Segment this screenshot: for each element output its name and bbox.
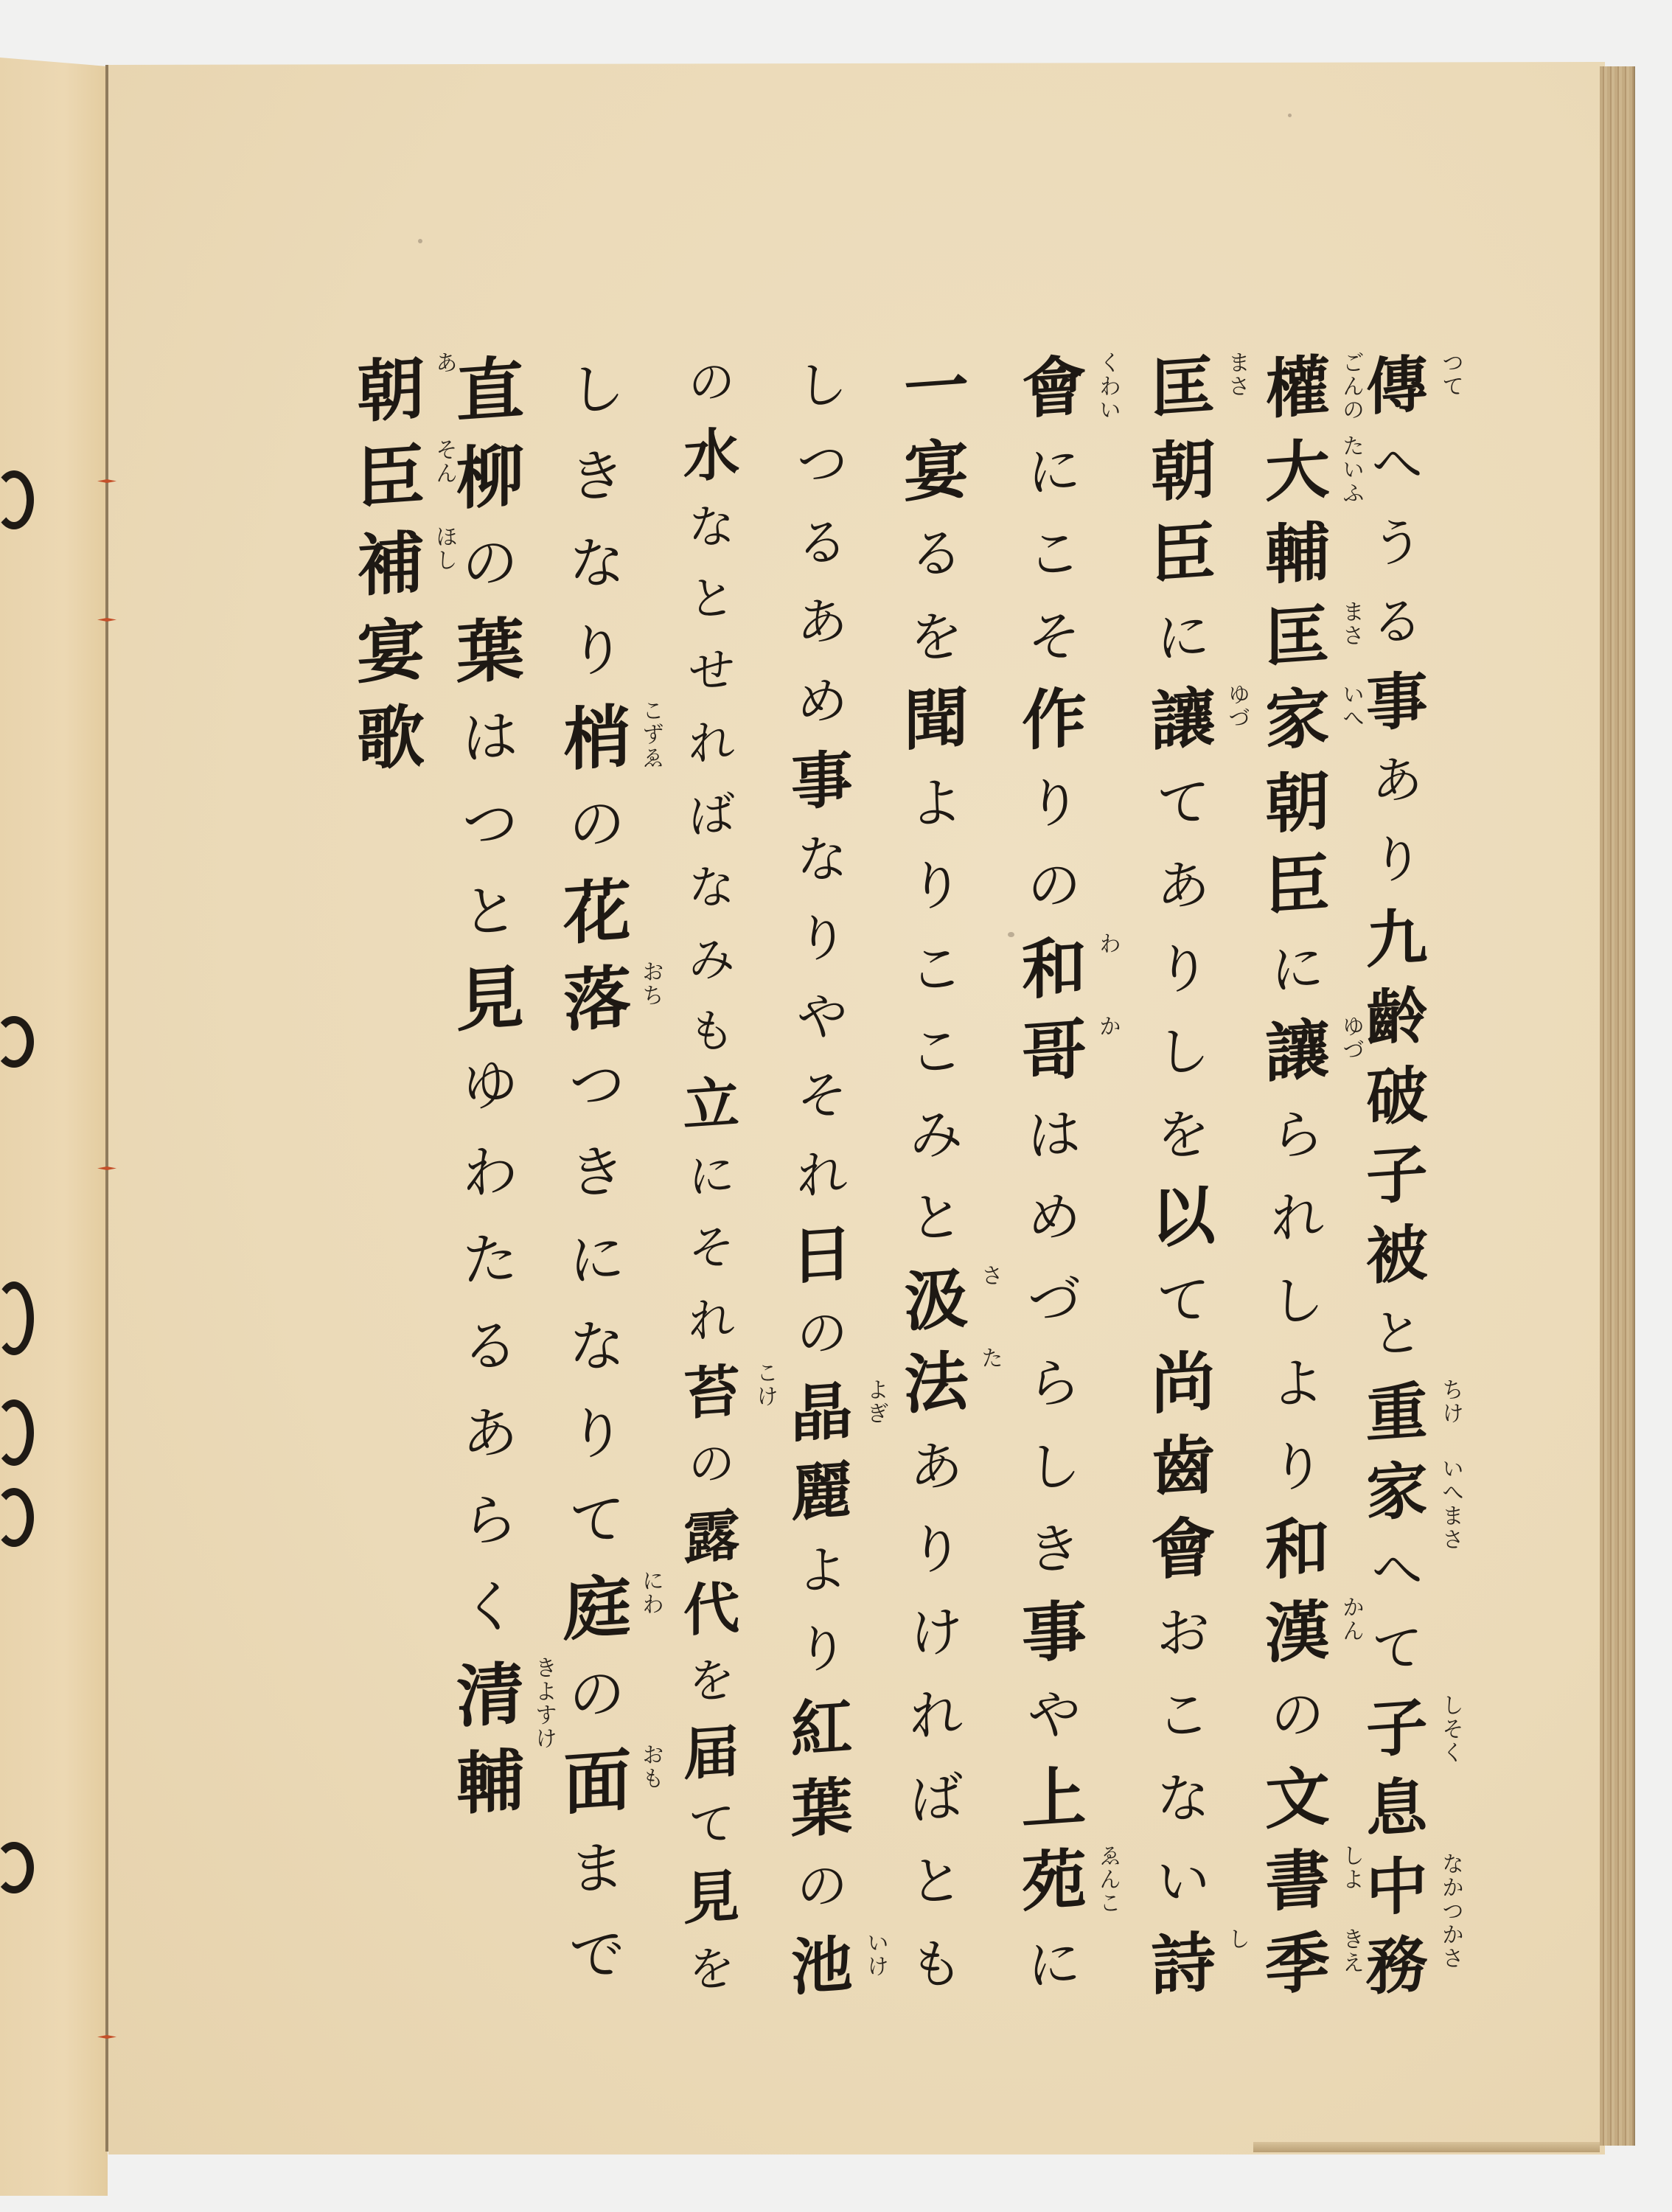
calligraphy-glyph: 九 [1366,897,1428,981]
calligraphy-glyph: 立 [683,1065,739,1141]
calligraphy-glyph: ゆ [462,1040,518,1131]
text-column: 朝臣補宴歌 [346,347,435,782]
calligraphy-glyph: 家 [1366,1450,1428,1534]
calligraphy-glyph: 匡 [1151,344,1216,432]
calligraphy-glyph: の [1271,1672,1324,1759]
calligraphy-glyph: わ [462,1127,518,1218]
calligraphy-glyph: 息 [1366,1767,1428,1850]
calligraphy-glyph: こ [1157,1672,1210,1759]
calligraphy-glyph: 紅 [791,1687,853,1770]
calligraphy-glyph: り [797,898,848,981]
calligraphy-glyph: 文 [1265,1754,1330,1842]
calligraphy-glyph: 家 [1265,676,1330,764]
calligraphy-glyph: み [689,922,735,997]
calligraphy-glyph: あ [462,1388,518,1479]
calligraphy-glyph: き [569,1127,625,1218]
calligraphy-glyph: と [462,866,518,957]
calligraphy-glyph: ら [462,1475,518,1566]
calligraphy-glyph: ま [569,1823,625,1914]
left-page-fragment [0,58,108,2196]
calligraphy-glyph: 和 [1265,1506,1330,1593]
paper-speck [418,239,422,243]
calligraphy-glyph: 權 [1265,344,1330,432]
calligraphy-glyph: や [797,977,848,1060]
calligraphy-glyph: 尚 [1151,1340,1216,1427]
calligraphy-glyph: 大 [1265,427,1330,515]
calligraphy-glyph: の [797,1846,848,1928]
calligraphy-glyph: と [910,1837,963,1924]
calligraphy-glyph: に [1028,428,1081,515]
calligraphy-glyph: 日 [791,1214,853,1297]
calligraphy-glyph: し [1157,1008,1210,1095]
calligraphy-glyph: 讓 [1151,676,1216,764]
calligraphy-glyph: 詩 [1151,1920,1216,2008]
calligraphy-glyph: よ [797,1530,848,1613]
calligraphy-glyph: 輔 [1265,510,1330,598]
calligraphy-glyph: 庭 [563,1562,631,1654]
calligraphy-glyph: そ [689,1211,735,1286]
calligraphy-glyph: る [910,510,963,597]
calligraphy-glyph: も [910,1921,963,2008]
calligraphy-glyph: こ [910,925,963,1012]
calligraphy-glyph: あ [1157,842,1210,929]
calligraphy-glyph: つ [569,1040,625,1131]
calligraphy-glyph: て [1372,1609,1423,1691]
calligraphy-glyph: そ [1028,594,1081,681]
paper-speck [1288,114,1292,117]
calligraphy-glyph: て [1157,1257,1210,1344]
book-spread: つてちけいへまさしそくなかつかさ傳へうる事あり九齡破子被と重家へて子息中務ごんの… [0,0,1672,2212]
calligraphy-glyph: へ [1372,424,1423,507]
calligraphy-glyph: 匡 [1265,593,1330,681]
calligraphy-glyph: 齡 [1366,976,1428,1060]
calligraphy-glyph: め [797,661,848,743]
calligraphy-glyph: 露 [683,1498,739,1574]
calligraphy-glyph: て [569,1475,625,1566]
calligraphy-glyph: 以 [1151,1174,1216,1262]
page-stack-bottom [1253,2142,1600,2152]
calligraphy-glyph: る [1372,582,1423,664]
calligraphy-glyph: て [1157,759,1210,846]
calligraphy-glyph: り [797,1609,848,1691]
calligraphy-glyph: も [689,994,735,1069]
calligraphy-glyph: 子 [1366,1687,1428,1770]
calligraphy-glyph: ら [1271,1091,1324,1178]
calligraphy-glyph: を [910,594,963,681]
calligraphy-glyph: し [1028,1423,1081,1510]
calligraphy-glyph: 哥 [1022,1008,1087,1096]
calligraphy-glyph: 一 [904,344,969,432]
calligraphy-glyph: 會 [1151,1506,1216,1593]
text-column: 權大輔匡家朝臣に讓られしより和漢の文書季 [1253,347,1342,2006]
calligraphy-glyph: り [1271,1423,1324,1510]
calligraphy-glyph: を [689,1932,735,2007]
calligraphy-glyph: る [462,1301,518,1392]
calligraphy-glyph: と [1372,1293,1423,1375]
calligraphy-glyph: そ [797,1056,848,1138]
calligraphy-glyph: 面 [563,1736,631,1828]
calligraphy-glyph: は [1028,1091,1081,1178]
calligraphy-glyph: 中 [1366,1846,1428,1929]
calligraphy-glyph: 重 [1366,1371,1428,1455]
calligraphy-glyph: 水 [683,417,739,493]
ink-stroke [0,1281,34,1355]
ink-stroke [0,1399,34,1466]
calligraphy-glyph: 事 [1022,1588,1087,1676]
calligraphy-glyph: り [569,1388,625,1479]
calligraphy-glyph: な [569,1301,625,1392]
calligraphy-glyph: 上 [1022,1754,1087,1842]
calligraphy-glyph: れ [797,1135,848,1217]
calligraphy-glyph: の [569,1649,625,1740]
calligraphy-glyph: け [910,1589,963,1676]
calligraphy-glyph: 見 [683,1859,739,1935]
calligraphy-glyph: つ [462,779,518,870]
calligraphy-glyph: 清 [456,1649,524,1741]
calligraphy-glyph: と [910,1174,963,1261]
calligraphy-glyph: に [1271,925,1324,1012]
page-stack-edges [1600,66,1635,2146]
calligraphy-glyph: う [1372,503,1423,585]
calligraphy-glyph: こ [910,1008,963,1095]
calligraphy-glyph: 宴 [904,427,969,515]
calligraphy-glyph: き [569,431,625,522]
calligraphy-glyph: 汲 [904,1256,969,1344]
calligraphy-glyph: に [689,1138,735,1214]
calligraphy-glyph: 讓 [1265,1008,1330,1096]
calligraphy-glyph: れ [689,1282,735,1357]
calligraphy-glyph: 柳 [456,431,524,523]
calligraphy-glyph: な [1157,1755,1210,1842]
calligraphy-glyph: り [569,605,625,696]
calligraphy-glyph: 苔 [683,1354,739,1430]
calligraphy-glyph: め [1028,1174,1081,1261]
calligraphy-glyph: づ [1028,1257,1081,1344]
calligraphy-glyph: り [1157,925,1210,1012]
calligraphy-glyph: あ [910,1423,963,1510]
calligraphy-glyph: れ [910,1672,963,1759]
calligraphy-glyph: ら [1028,1340,1081,1427]
calligraphy-glyph: 葉 [456,605,524,697]
calligraphy-glyph: つ [797,424,848,507]
text-column: しきなり梢の花落つきになりて庭の面まで [553,347,641,2000]
calligraphy-glyph: 直 [456,344,524,436]
calligraphy-glyph: 輔 [456,1736,524,1828]
calligraphy-glyph: 見 [456,953,524,1045]
calligraphy-glyph: い [1157,1837,1210,1924]
calligraphy-glyph: 臣 [1151,510,1216,598]
calligraphy-glyph: 代 [683,1571,739,1646]
calligraphy-glyph: し [569,344,625,435]
calligraphy-glyph: に [1157,594,1210,681]
calligraphy-glyph: 事 [1366,661,1428,744]
calligraphy-glyph: 宴 [357,605,425,697]
calligraphy-glyph: 破 [1366,1055,1428,1138]
calligraphy-glyph: り [1028,759,1081,846]
ink-stroke [0,470,34,529]
calligraphy-glyph: な [797,818,848,901]
ink-stroke [0,1016,34,1068]
calligraphy-glyph: 朝 [1265,759,1330,846]
calligraphy-glyph: 事 [791,740,853,823]
calligraphy-glyph: は [462,692,518,783]
calligraphy-glyph: 朝 [357,344,425,436]
calligraphy-glyph: く [462,1562,518,1653]
calligraphy-glyph: 落 [563,953,631,1045]
calligraphy-glyph: 届 [683,1715,739,1791]
calligraphy-glyph: し [1271,1257,1324,1344]
calligraphy-glyph: な [569,518,625,609]
calligraphy-glyph: て [689,1787,735,1863]
calligraphy-glyph: に [569,1214,625,1305]
text-column: 傳へうる事あり九齡破子被と重家へて子息中務 [1353,347,1441,2006]
calligraphy-glyph: 臣 [1265,842,1330,930]
calligraphy-glyph: あ [1372,740,1423,822]
calligraphy-glyph: れ [1271,1174,1324,1261]
calligraphy-glyph: せ [689,633,735,709]
calligraphy-glyph: を [1157,1091,1210,1178]
calligraphy-glyph: 葉 [791,1767,853,1850]
calligraphy-glyph: で [569,1910,625,2001]
calligraphy-glyph: 池 [791,1924,853,2008]
calligraphy-glyph: お [1157,1589,1210,1676]
text-column: しつるあめ事なりやそれ日の晶麗より紅葉の池 [778,347,866,2006]
calligraphy-glyph: り [910,842,963,929]
text-column: 會にこそ作りの和哥はめづらしき事や上苑に [1010,347,1098,2006]
calligraphy-glyph: り [1372,818,1423,901]
calligraphy-glyph: の [797,1293,848,1375]
calligraphy-glyph: 補 [357,518,425,610]
calligraphy-glyph: 漢 [1265,1588,1330,1676]
calligraphy-glyph: 聞 [904,676,969,764]
calligraphy-glyph: 晶 [791,1371,853,1455]
calligraphy-glyph: あ [797,582,848,664]
calligraphy-glyph: な [689,489,735,564]
calligraphy-glyph: や [1028,1672,1081,1759]
calligraphy-glyph: 臣 [357,431,425,523]
calligraphy-glyph: 法 [904,1340,969,1427]
calligraphy-glyph: の [569,779,625,870]
calligraphy-glyph: の [689,1427,735,1502]
ink-stroke [0,1842,34,1893]
calligraphy-glyph: 苑 [1022,1837,1087,1925]
text-column: 一宴るを聞よりここみと汲法ありければとも [892,347,980,2006]
calligraphy-glyph: れ [689,706,735,781]
calligraphy-glyph: る [797,503,848,585]
calligraphy-glyph: き [1028,1506,1081,1593]
calligraphy-glyph: よ [1271,1340,1324,1427]
calligraphy-glyph: を [689,1643,735,1718]
binding-gutter [105,65,108,2152]
calligraphy-glyph: 歌 [357,692,425,784]
calligraphy-glyph: よ [910,759,963,846]
calligraphy-glyph: 朝 [1151,427,1216,515]
calligraphy-glyph: 被 [1366,1214,1428,1297]
calligraphy-glyph: し [797,345,848,428]
calligraphy-glyph: の [1028,842,1081,929]
calligraphy-glyph: み [910,1091,963,1178]
calligraphy-glyph: と [689,561,735,636]
calligraphy-glyph: 子 [1366,1134,1428,1217]
calligraphy-glyph: 齒 [1151,1422,1216,1510]
text-column: の水なとせればなみも立にそれ苔の露代を届て見を [667,347,756,2006]
calligraphy-glyph: ば [689,778,735,853]
text-column: 匡朝臣に讓てありしを以て尚齒會おこない詩 [1139,347,1227,2006]
calligraphy-glyph: 季 [1265,1920,1330,2008]
calligraphy-glyph: り [910,1506,963,1593]
calligraphy-glyph: 作 [1022,676,1087,764]
calligraphy-glyph: こ [1028,510,1081,597]
calligraphy-glyph: た [462,1214,518,1305]
calligraphy-glyph: 書 [1265,1837,1330,1925]
calligraphy-glyph: 梢 [563,692,631,784]
ink-stroke [0,1488,34,1547]
calligraphy-glyph: へ [1372,1530,1423,1613]
calligraphy-glyph: の [689,345,735,420]
calligraphy-glyph: 務 [1366,1924,1428,2008]
calligraphy-glyph: な [689,849,735,925]
calligraphy-glyph: 傳 [1366,344,1428,428]
calligraphy-glyph: に [1028,1921,1081,2008]
calligraphy-glyph: 會 [1022,344,1087,432]
calligraphy-glyph: 花 [563,866,631,958]
calligraphy-glyph: ば [910,1755,963,1842]
calligraphy-glyph: 和 [1022,925,1087,1012]
calligraphy-glyph: 麗 [791,1450,853,1534]
calligraphy-glyph: の [462,518,518,609]
